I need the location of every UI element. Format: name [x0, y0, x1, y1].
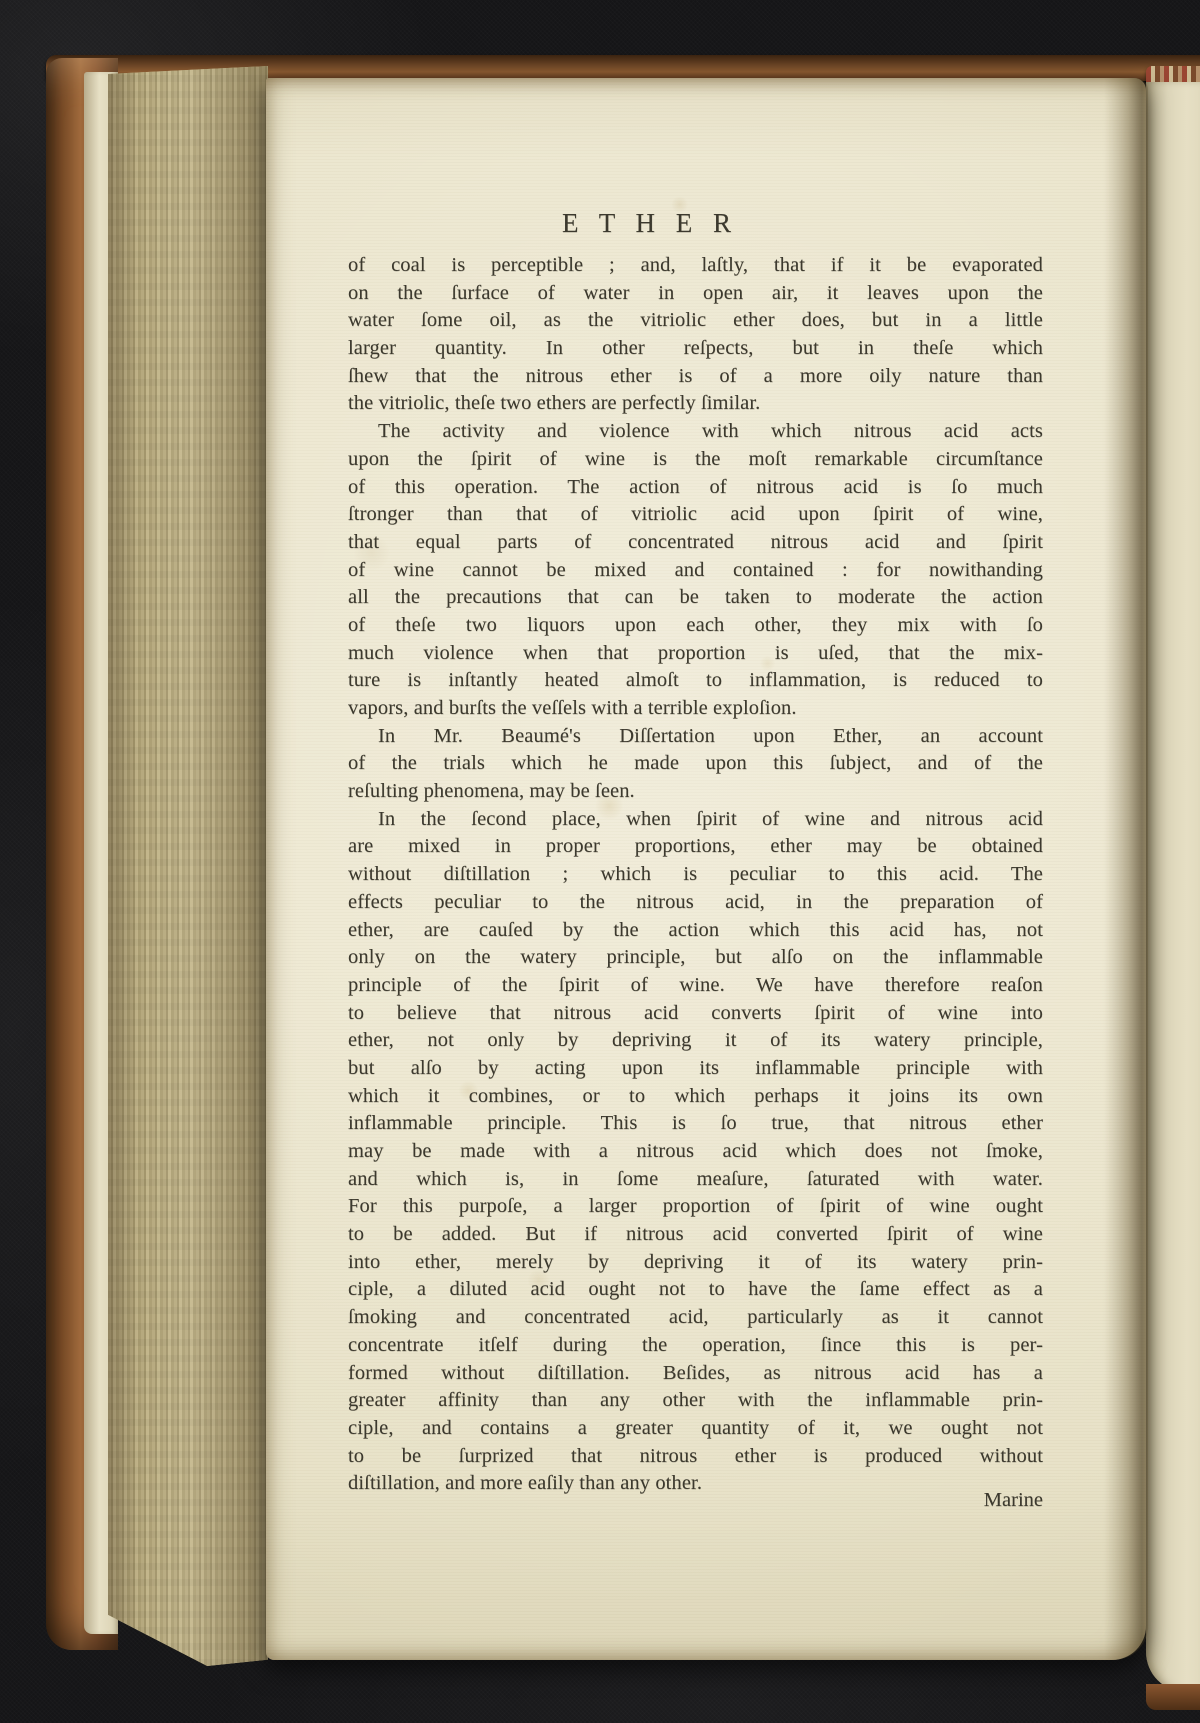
text-line: ether, not only by depriving it of its w…	[348, 1027, 1043, 1055]
text-line: but alſo by acting upon its inflammable …	[348, 1055, 1043, 1083]
text-line: the vitriolic, theſe two ethers are perf…	[348, 390, 1043, 418]
text-line: ture is inſtantly heated almoſt to infla…	[348, 667, 1043, 695]
paragraph: The activity and violence with which nit…	[348, 418, 1043, 723]
catchword: Marine	[348, 1486, 1043, 1514]
page-heading: E T H E R	[300, 208, 1000, 239]
text-line: which it combines, or to which perhaps i…	[348, 1083, 1043, 1111]
book-bottom-edge-leather	[1146, 1684, 1200, 1710]
text-line: to be added. But if nitrous acid convert…	[348, 1221, 1043, 1249]
text-line: concentrate itſelf during the operation,…	[348, 1332, 1043, 1360]
text-line: vapors, and burſts the veſſels with a te…	[348, 695, 1043, 723]
paragraph: In Mr. Beaumé's Diſſertation upon Ether,…	[348, 723, 1043, 806]
text-line: of wine cannot be mixed and contained : …	[348, 557, 1043, 585]
text-line: are mixed in proper proportions, ether m…	[348, 833, 1043, 861]
text-line: may be made with a nitrous acid which do…	[348, 1138, 1043, 1166]
text-line: For this purpoſe, a larger proportion of…	[348, 1193, 1043, 1221]
text-line: without diſtillation ; which is peculiar…	[348, 861, 1043, 889]
text-line: of the trials which he made upon this ſu…	[348, 750, 1043, 778]
text-line: principle of the ſpirit of wine. We have…	[348, 972, 1043, 1000]
facing-page-edge	[1146, 82, 1200, 1692]
paragraph: In the ſecond place, when ſpirit of wine…	[348, 806, 1043, 1498]
text-line: ſtronger than that of vitriolic acid upo…	[348, 501, 1043, 529]
text-line: larger quantity. In other reſpects, but …	[348, 335, 1043, 363]
gutter-shadow	[1104, 78, 1148, 1660]
text-line: that equal parts of concentrated nitrous…	[348, 529, 1043, 557]
text-line: ſhew that the nitrous ether is of a more…	[348, 363, 1043, 391]
text-line: to be ſurprized that nitrous ether is pr…	[348, 1443, 1043, 1471]
text-line: In Mr. Beaumé's Diſſertation upon Ether,…	[348, 723, 1043, 751]
text-line: greater affinity than any other with the…	[348, 1387, 1043, 1415]
text-line: In the ſecond place, when ſpirit of wine…	[348, 806, 1043, 834]
text-line: The activity and violence with which nit…	[348, 418, 1043, 446]
text-line: of coal is perceptible ; and, laſtly, th…	[348, 252, 1043, 280]
text-line: water ſome oil, as the vitriolic ether d…	[348, 307, 1043, 335]
text-line: into ether, merely by depriving it of it…	[348, 1249, 1043, 1277]
text-line: inflammable principle. This is ſo true, …	[348, 1110, 1043, 1138]
text-line: ciple, and contains a greater quantity o…	[348, 1415, 1043, 1443]
text-line: of this operation. The action of nitrous…	[348, 474, 1043, 502]
paragraph: of coal is perceptible ; and, laſtly, th…	[348, 252, 1043, 418]
text-line: on the ſurface of water in open air, it …	[348, 280, 1043, 308]
page-stack-fore-edge	[108, 66, 268, 1666]
text-line: effects peculiar to the nitrous acid, in…	[348, 889, 1043, 917]
text-line: all the precautions that can be taken to…	[348, 584, 1043, 612]
book-page: E T H E R of coal is perceptible ; and, …	[266, 78, 1146, 1660]
text-line: much violence when that proportion is uſ…	[348, 640, 1043, 668]
text-line: reſulting phenomena, may be ſeen.	[348, 778, 1043, 806]
text-line: ether, are cauſed by the action which th…	[348, 917, 1043, 945]
text-line: formed without diſtillation. Beſides, as…	[348, 1360, 1043, 1388]
text-line: ſmoking and concentrated acid, particula…	[348, 1304, 1043, 1332]
text-line: and which is, in ſome meaſure, ſaturated…	[348, 1166, 1043, 1194]
text-line: only on the watery principle, but alſo o…	[348, 944, 1043, 972]
photo-background: E T H E R of coal is perceptible ; and, …	[0, 0, 1200, 1723]
text-block: of coal is perceptible ; and, laſtly, th…	[348, 252, 1043, 1498]
text-line: to believe that nitrous acid converts ſp…	[348, 1000, 1043, 1028]
text-line: of theſe two liquors upon each other, th…	[348, 612, 1043, 640]
text-line: ciple, a diluted acid ought not to have …	[348, 1276, 1043, 1304]
text-line: upon the ſpirit of wine is the moſt rema…	[348, 446, 1043, 474]
